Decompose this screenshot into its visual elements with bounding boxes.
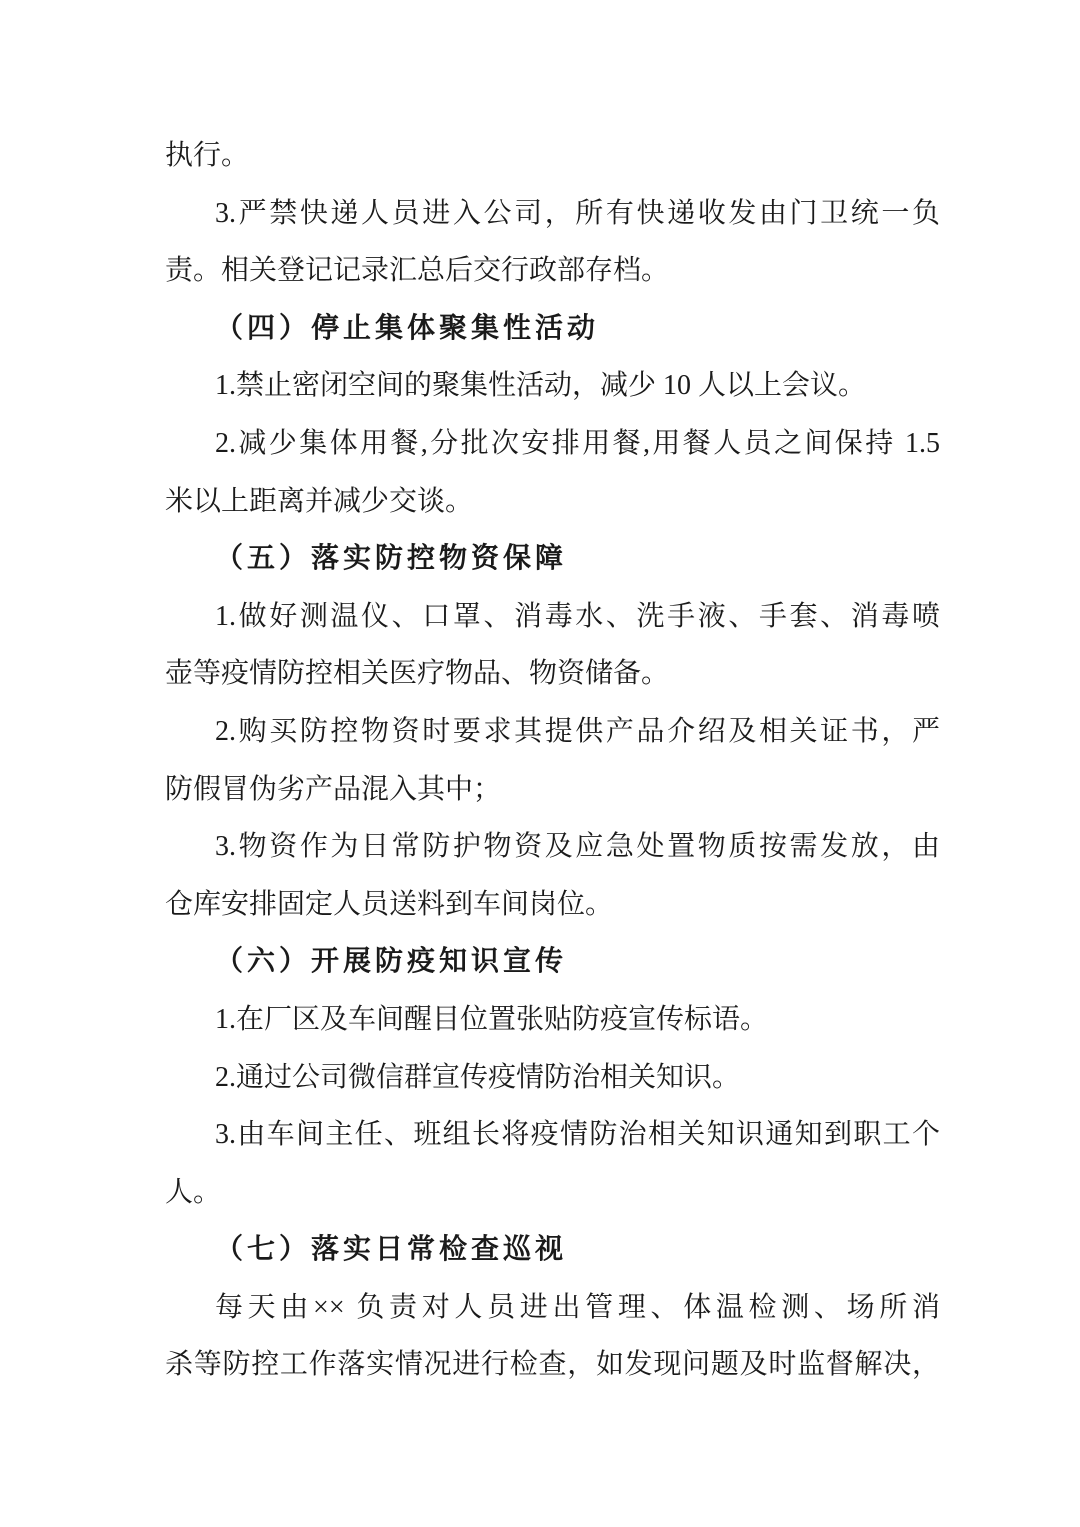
paragraph: 1.在厂区及车间醒目位置张贴防疫宣传标语。 — [165, 991, 940, 1049]
paragraph-line: 3.由车间主任、班组长将疫情防治相关知识通知到职工个 — [165, 1106, 940, 1164]
paragraph-line: 仓库安排固定人员送料到车间岗位。 — [165, 876, 940, 934]
paragraph: 3.由车间主任、班组长将疫情防治相关知识通知到职工个 人。 — [165, 1106, 940, 1221]
paragraph-line: 2.减少集体用餐,分批次安排用餐,用餐人员之间保持 1.5 — [165, 415, 940, 473]
paragraph: 1.禁止密闭空间的聚集性活动，减少 10 人以上会议。 — [165, 357, 940, 415]
paragraph-line: 责。相关登记记录汇总后交行政部存档。 — [165, 242, 940, 300]
section-heading-text: （五）落实防控物资保障 — [165, 530, 940, 588]
document-page: 执行。 3.严禁快递人员进入公司，所有快递收发由门卫统一负 责。相关登记记录汇总… — [0, 0, 1080, 1527]
paragraph-line: 3.严禁快递人员进入公司，所有快递收发由门卫统一负 — [165, 185, 940, 243]
paragraph-line: 1.做好测温仪、口罩、消毒水、洗手液、手套、消毒喷 — [165, 588, 940, 646]
section-heading-text: （七）落实日常检查巡视 — [165, 1221, 940, 1279]
paragraph: 2.购买防控物资时要求其提供产品介绍及相关证书，严 防假冒伪劣产品混入其中； — [165, 703, 940, 818]
section-heading-6: （六）开展防疫知识宣传 — [165, 933, 940, 991]
paragraph: 每天由×× 负责对人员进出管理、体温检测、场所消 杀等防控工作落实情况进行检查，… — [165, 1279, 940, 1394]
section-heading-4: （四）停止集体聚集性活动 — [165, 300, 940, 358]
paragraph-line: 米以上距离并减少交谈。 — [165, 473, 940, 531]
paragraph-line: 2.通过公司微信群宣传疫情防治相关知识。 — [165, 1049, 940, 1107]
paragraph-line: 壶等疫情防控相关医疗物品、物资储备。 — [165, 645, 940, 703]
section-heading-text: （六）开展防疫知识宣传 — [165, 933, 940, 991]
paragraph-line: 3.物资作为日常防护物资及应急处置物质按需发放，由 — [165, 818, 940, 876]
paragraph: 3.物资作为日常防护物资及应急处置物质按需发放，由 仓库安排固定人员送料到车间岗… — [165, 818, 940, 933]
paragraph-line: 1.禁止密闭空间的聚集性活动，减少 10 人以上会议。 — [165, 357, 940, 415]
paragraph-line: 1.在厂区及车间醒目位置张贴防疫宣传标语。 — [165, 991, 940, 1049]
paragraph: 2.通过公司微信群宣传疫情防治相关知识。 — [165, 1049, 940, 1107]
paragraph: 3.严禁快递人员进入公司，所有快递收发由门卫统一负 责。相关登记记录汇总后交行政… — [165, 185, 940, 300]
paragraph-line: 每天由×× 负责对人员进出管理、体温检测、场所消 — [165, 1279, 940, 1337]
paragraph: 2.减少集体用餐,分批次安排用餐,用餐人员之间保持 1.5 米以上距离并减少交谈… — [165, 415, 940, 530]
paragraph-line: 杀等防控工作落实情况进行检查，如发现问题及时监督解决， — [165, 1336, 940, 1394]
section-heading-5: （五）落实防控物资保障 — [165, 530, 940, 588]
section-heading-7: （七）落实日常检查巡视 — [165, 1221, 940, 1279]
paragraph: 执行。 — [165, 127, 940, 185]
document-body: 执行。 3.严禁快递人员进入公司，所有快递收发由门卫统一负 责。相关登记记录汇总… — [165, 127, 940, 1394]
section-heading-text: （四）停止集体聚集性活动 — [165, 300, 940, 358]
paragraph-line: 防假冒伪劣产品混入其中； — [165, 761, 940, 819]
paragraph-line: 执行。 — [165, 127, 940, 185]
paragraph: 1.做好测温仪、口罩、消毒水、洗手液、手套、消毒喷 壶等疫情防控相关医疗物品、物… — [165, 588, 940, 703]
paragraph-line: 2.购买防控物资时要求其提供产品介绍及相关证书，严 — [165, 703, 940, 761]
paragraph-line: 人。 — [165, 1164, 940, 1222]
